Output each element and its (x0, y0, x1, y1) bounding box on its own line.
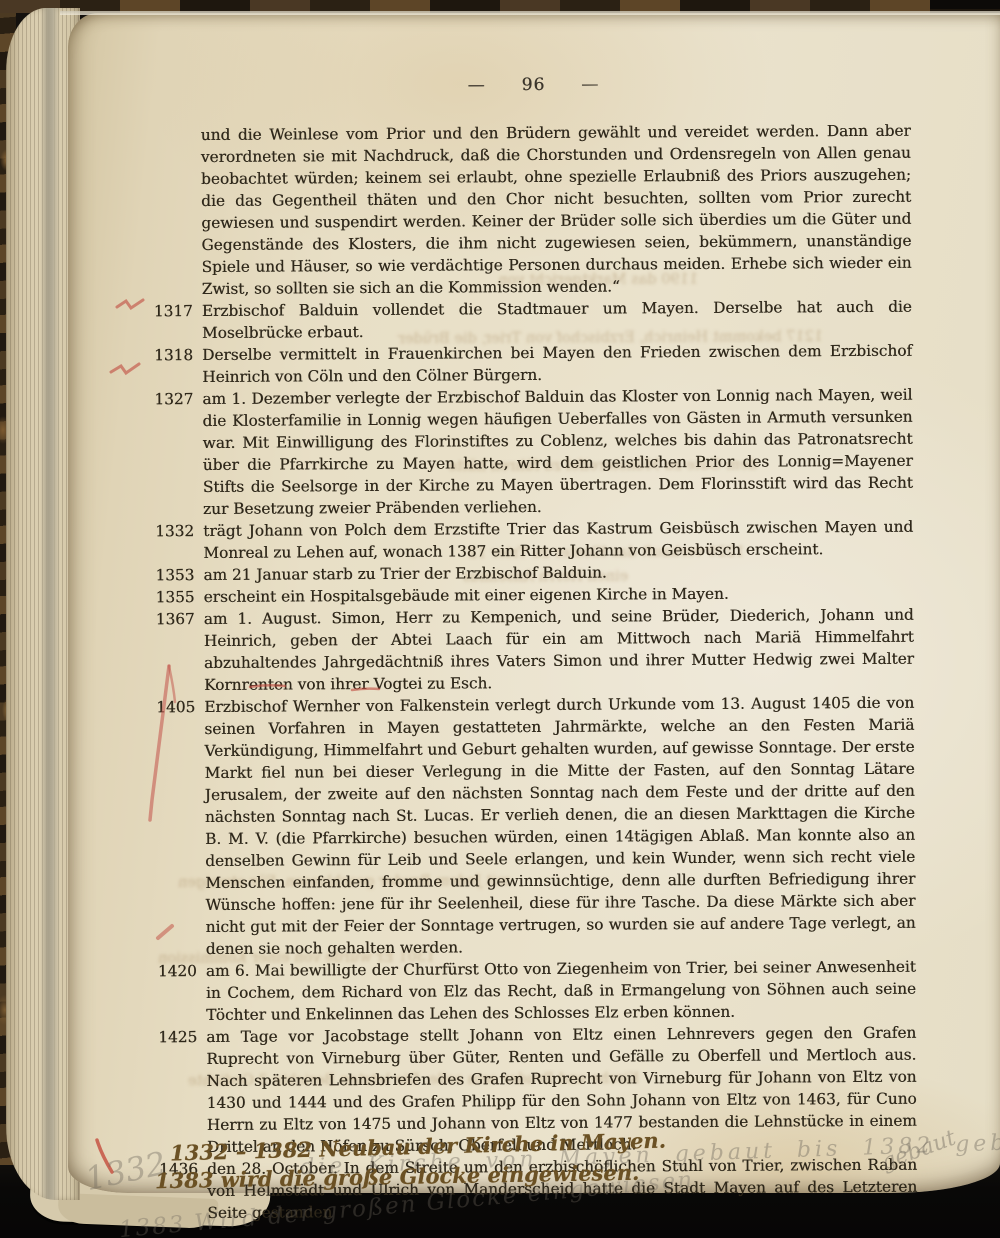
intro-paragraph: und die Weinlese vom Prior und den Brüde… (201, 120, 912, 300)
chronicle-entry-1332: 1332 trägt Johann von Polch dem Erzstift… (203, 516, 913, 564)
chronicle-entry-1327: 1327 am 1. Dezember verlegte der Erzbisc… (202, 384, 913, 520)
entry-year: 1317 (154, 300, 200, 322)
entry-text: am 1. Dezember verlegte der Erzbischof B… (202, 386, 913, 518)
chronicle-entry-1318: 1318 Derselbe vermittelt in Frauenkirche… (202, 340, 912, 388)
entry-text: Erzbischof Balduin vollendet die Stadtma… (202, 298, 912, 342)
header-dash-left: — (468, 75, 486, 95)
entry-year: 1420 (158, 960, 204, 982)
chronicle-entry-1367: 1367 am 1. August. Simon, Herr zu Kempen… (204, 604, 915, 696)
entry-year: 1353 (155, 564, 201, 586)
entry-year: 1425 (158, 1026, 204, 1048)
entry-text: trägt Johann von Polch dem Erzstifte Tri… (203, 518, 913, 562)
page-header: —96— (178, 73, 888, 97)
chronicle-entry-1405: 1405 Erzbischof Wernher von Falkenstein … (204, 692, 916, 960)
entry-text: erscheint ein Hospitalsgebäude mit einer… (204, 585, 729, 606)
page-top-edge-highlight (60, 11, 1000, 15)
entry-year: 1332 (155, 520, 201, 542)
entry-text: am 6. Mai bewilligte der Churfürst Otto … (206, 958, 916, 1024)
page-stack-shadow-band (40, 8, 60, 1200)
entry-year: 1318 (154, 344, 200, 366)
page-number: 96 (486, 75, 582, 96)
book-photo: 1190 das Marktgericht von 1217 bekommt H… (0, 0, 1000, 1238)
printed-text-block: —96— und die Weinlese vom Prior und den … (200, 9, 917, 1224)
cover-shadow-notch (930, 0, 1000, 9)
entry-year: 1355 (156, 586, 202, 608)
chronicle-entry-1420: 1420 am 6. Mai bewilligte der Churfürst … (206, 956, 916, 1026)
entry-year: 1405 (156, 696, 202, 718)
entry-text: Derselbe vermittelt in Frauenkirchen bei… (202, 342, 912, 386)
entry-text: am 1. August. Simon, Herr zu Kempenich, … (204, 606, 914, 694)
header-dash-right: — (581, 75, 599, 95)
entry-text: Erzbischof Wernher von Falkenstein verle… (204, 694, 915, 958)
chronicle-entry-1317: 1317 Erzbischof Balduin vollendet die St… (202, 296, 912, 344)
entry-year: 1367 (156, 608, 202, 630)
book-page: 1190 das Marktgericht von 1217 bekommt H… (68, 13, 1000, 1193)
entry-text: am 21 Januar starb zu Trier der Erzbisch… (203, 564, 606, 584)
entry-year: 1327 (154, 388, 200, 410)
